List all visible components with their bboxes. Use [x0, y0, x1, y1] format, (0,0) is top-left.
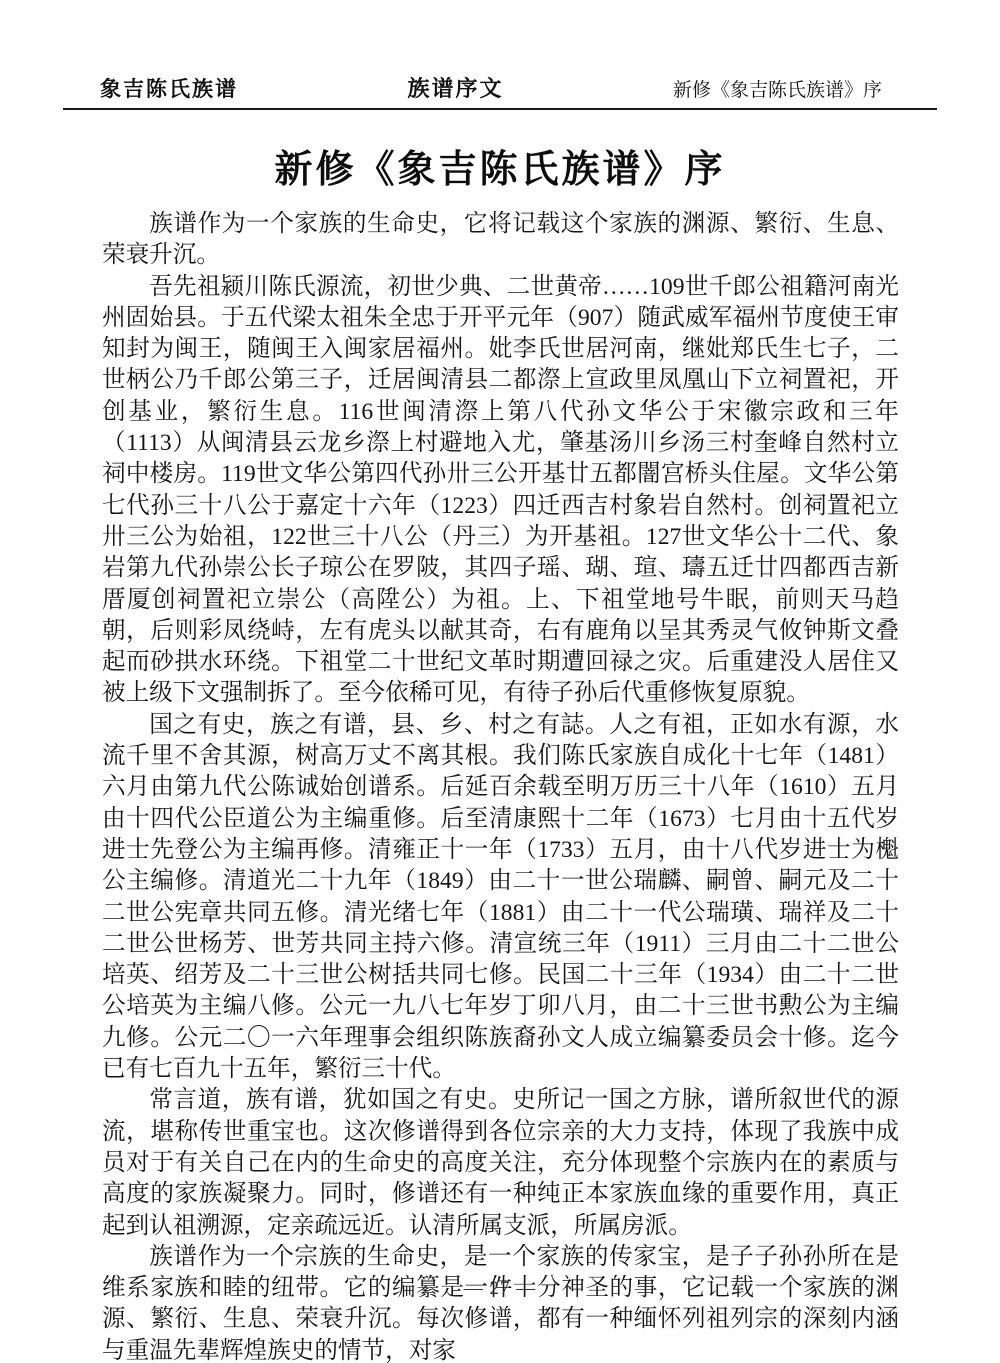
document-body: 族谱作为一个家族的生命史，它将记载这个家族的渊源、繁衍、生息、荣衰升沉。 吾先祖…: [102, 209, 899, 1363]
paragraph-5: 族谱作为一个宗族的生命史，是一个家族的传家宝，是子子孙孙所在是维系家族和睦的纽带…: [102, 1242, 899, 1363]
page-title: 新修《象吉陈氏族谱》序: [0, 138, 1000, 193]
page-number: — 27 —: [0, 1278, 1000, 1300]
header-book-title: 象吉陈氏族谱: [100, 73, 238, 103]
paragraph-1: 族谱作为一个家族的生命史，它将记载这个家族的渊源、繁衍、生息、荣衰升沉。: [102, 209, 899, 272]
paragraph-2: 吾先祖颍川陈氏源流，初世少典、二世黄帝……109世千郎公祖籍河南光州固始县。于五…: [102, 272, 899, 710]
header-divider: [63, 108, 937, 110]
header-chapter-title: 新修《象吉陈氏族谱》序: [673, 75, 882, 102]
header-section-title: 族谱序文: [407, 72, 503, 103]
running-header: 象吉陈氏族谱 族谱序文 新修《象吉陈氏族谱》序: [100, 72, 882, 103]
document-page: 象吉陈氏族谱 族谱序文 新修《象吉陈氏族谱》序 新修《象吉陈氏族谱》序 族谱作为…: [0, 0, 1000, 1363]
paragraph-3: 国之有史，族之有谱，县、乡、村之有誌。人之有祖，正如水有源，水流千里不舍其源，树…: [102, 710, 899, 1086]
paragraph-4: 常言道，族有谱，犹如国之有史。史所记一国之方脉，谱所叙世代的源流，堪称传世重宝也…: [102, 1085, 899, 1241]
